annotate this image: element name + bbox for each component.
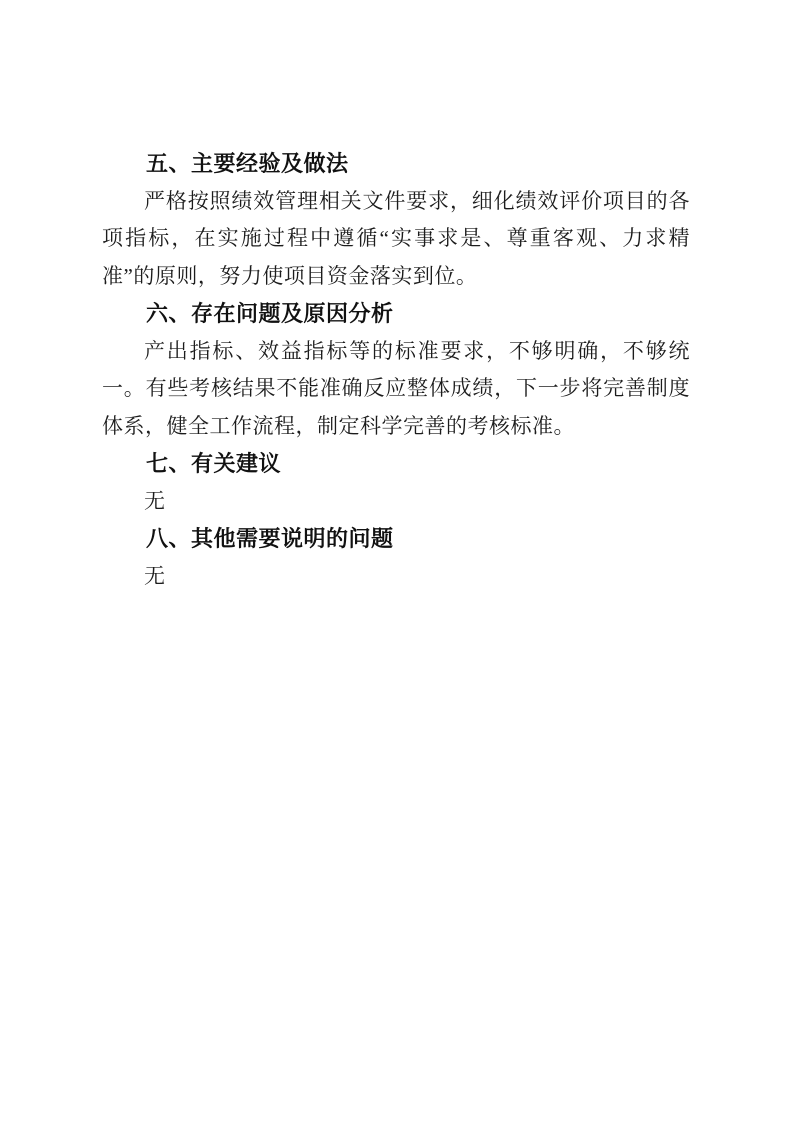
section-experience: 五、主要经验及做法 严格按照绩效管理相关文件要求，细化绩效评价项目的各项指标，在… [102,145,690,295]
section-other-issues: 八、其他需要说明的问题 无 [102,520,690,595]
section-problems-heading: 六、存在问题及原因分析 [102,295,690,333]
section-problems-paragraph: 产出指标、效益指标等的标准要求，不够明确，不够统一。有些考核结果不能准确反应整体… [102,333,690,446]
section-experience-paragraph: 严格按照绩效管理相关文件要求，细化绩效评价项目的各项指标，在实施过程中遵循“实事… [102,183,690,296]
document-page: 五、主要经验及做法 严格按照绩效管理相关文件要求，细化绩效评价项目的各项指标，在… [0,0,793,1122]
section-suggestions: 七、有关建议 无 [102,445,690,520]
section-experience-heading: 五、主要经验及做法 [102,145,690,183]
section-other-issues-heading: 八、其他需要说明的问题 [102,520,690,558]
section-problems: 六、存在问题及原因分析 产出指标、效益指标等的标准要求，不够明确，不够统一。有些… [102,295,690,445]
section-suggestions-paragraph: 无 [102,483,690,521]
section-suggestions-heading: 七、有关建议 [102,445,690,483]
section-other-issues-paragraph: 无 [102,558,690,596]
